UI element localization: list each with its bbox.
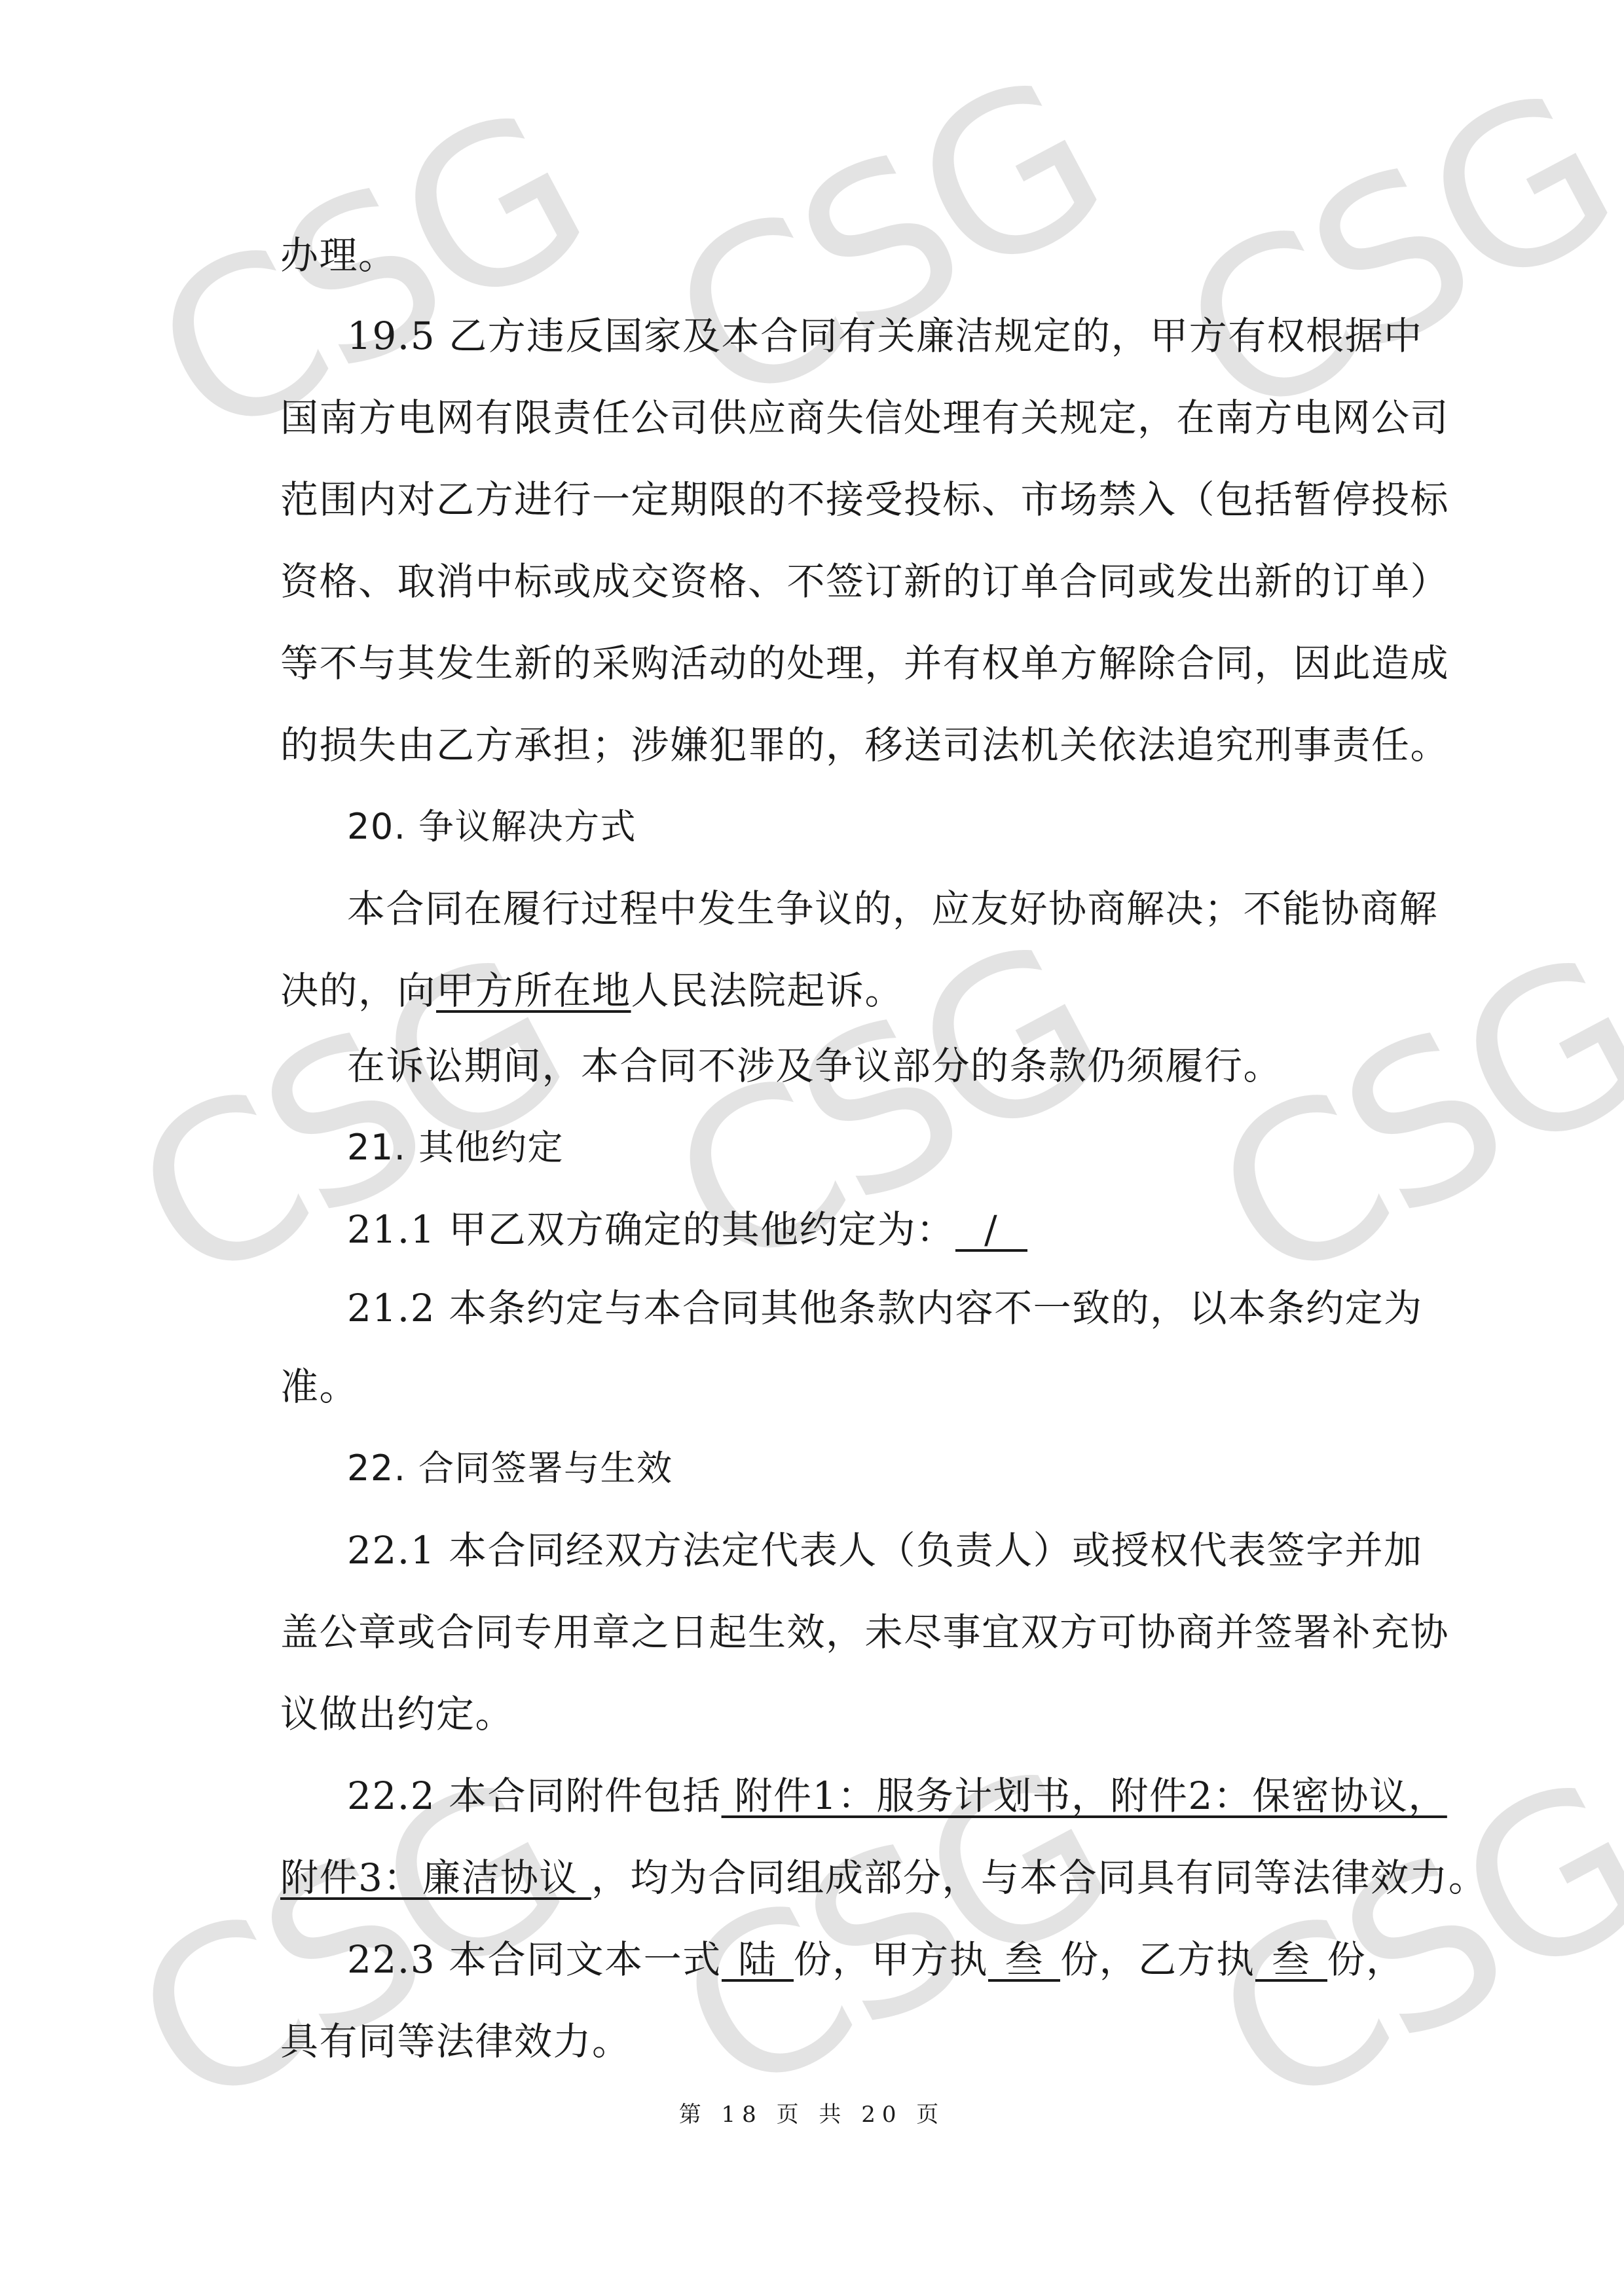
document-page: 办理。 19.5 乙方违反国家及本合同有关廉洁规定的，甲方有权根据中 国南方电网…	[0, 0, 1624, 2296]
other-agreement-value: /	[955, 1210, 1027, 1252]
clause-22-3-line: 22.3 本合同文本一式陆份，甲方执叁份，乙方执叁份，	[347, 1937, 1405, 1982]
attachments-list: 附件1：服务计划书，附件2：保密协议，	[722, 1774, 1447, 1818]
text-fragment: 21.1 甲乙双方确定的其他约定为：	[347, 1207, 955, 1252]
clause-21-2-line: 准。	[280, 1364, 358, 1410]
text-fragment: 决的，向	[280, 968, 436, 1013]
section-21-heading: 21. 其他约定	[347, 1125, 564, 1171]
court-location: 甲方所在地	[436, 968, 631, 1013]
clause-19-5-line: 范围内对乙方进行一定期限的不接受投标、市场禁入（包括暂停投标	[280, 477, 1449, 522]
attachments-list: 附件3：廉洁协议	[280, 1855, 591, 1900]
clause-22-1-line: 盖公章或合同专用章之日起生效，未尽事宜双方可协商并签署补充协	[280, 1609, 1449, 1655]
clause-22-3-line: 具有同等法律效力。	[280, 2018, 631, 2064]
clause-19-5-line: 19.5 乙方违反国家及本合同有关廉洁规定的，甲方有权根据中	[347, 313, 1423, 359]
clause-19-5-line: 国南方电网有限责任公司供应商失信处理有关规定，在南方电网公司	[280, 395, 1449, 441]
section-20-line: 在诉讼期间，本合同不涉及争议部分的条款仍须履行。	[347, 1043, 1282, 1089]
text-fragment: 份，	[1327, 1937, 1405, 1982]
clause-22-1-line: 议做出约定。	[280, 1691, 514, 1737]
page-number: 第 18 页 共 20 页	[0, 2096, 1624, 2128]
clause-19-5-line: 资格、取消中标或成交资格、不签订新的订单合同或发出新的订单）	[280, 558, 1449, 604]
text-fragment: 份，乙方执	[1060, 1937, 1255, 1982]
section-20-heading: 20. 争议解决方式	[347, 804, 637, 850]
clause-21-1: 21.1 甲乙双方确定的其他约定为：/	[347, 1207, 1027, 1252]
text-fragment: 份，甲方执	[794, 1937, 989, 1982]
clause-21-2-line: 21.2 本条约定与本合同其他条款内容不一致的，以本条约定为	[347, 1285, 1423, 1331]
clause-22-2-line: 附件3：廉洁协议 ，均为合同组成部分，与本合同具有同等法律效力。	[280, 1855, 1487, 1901]
section-22-heading: 22. 合同签署与生效	[347, 1446, 673, 1491]
clause-22-1-line: 22.1 本合同经双方法定代表人（负责人）或授权代表签字并加	[347, 1527, 1423, 1573]
copies-party-a: 叁	[988, 1940, 1060, 1982]
copies-party-b: 叁	[1255, 1940, 1327, 1982]
clause-19-5-line: 等不与其发生新的采购活动的处理，并有权单方解除合同，因此造成	[280, 640, 1449, 686]
text-fragment: 人民法院起诉。	[631, 968, 904, 1013]
clause-19-5-line: 的损失由乙方承担；涉嫌犯罪的，移送司法机关依法追究刑事责任。	[280, 722, 1449, 768]
paragraph-continuation: 办理。	[280, 232, 397, 278]
text-fragment: 22.3 本合同文本一式	[347, 1937, 722, 1982]
clause-22-2-line: 22.2 本合同附件包括 附件1：服务计划书，附件2：保密协议，	[347, 1773, 1447, 1819]
section-20-line: 决的，向甲方所在地人民法院起诉。	[280, 968, 904, 1013]
section-20-line: 本合同在履行过程中发生争议的，应友好协商解决；不能协商解	[347, 886, 1438, 932]
copies-total: 陆	[722, 1940, 794, 1982]
text-fragment: 22.2 本合同附件包括	[347, 1774, 722, 1818]
text-fragment: ，均为合同组成部分，与本合同具有同等法律效力。	[591, 1855, 1488, 1900]
